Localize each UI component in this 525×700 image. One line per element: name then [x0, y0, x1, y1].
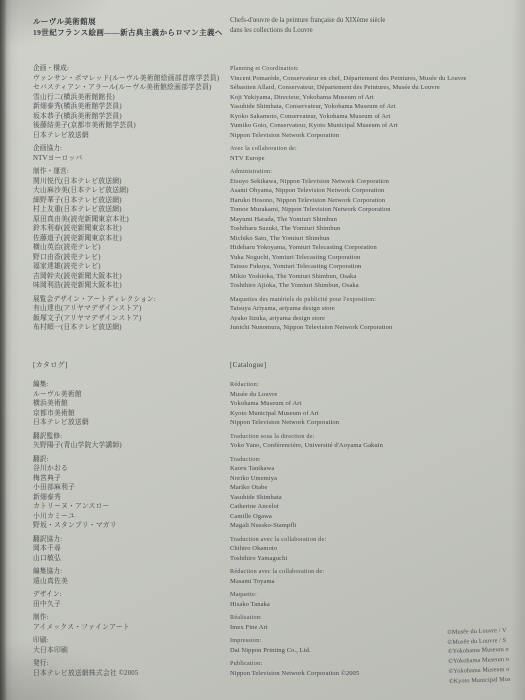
credit-line: 新畑泰秀(横浜美術館学芸員)	[33, 102, 230, 112]
section-label-ja: 制作・運営:	[33, 167, 230, 177]
credit-line: 吉岡幹夫(読売新聞大阪本社)	[33, 272, 230, 282]
credit-line: 京都市美術館	[33, 409, 230, 419]
credit-line: 遠山真佐美	[33, 577, 230, 587]
section-label-fr: Réalisation:	[230, 613, 525, 623]
credit-line: 野坂・スタンプリ・マガリ	[33, 521, 230, 531]
section-translation: 翻訳:谷川かおる梅宮典子小田部麻利子新畑泰秀カトリーヌ・アンスロー小川カミーユ野…	[33, 455, 525, 531]
section-graphic-design: デザイン:田中久子 Maquette:Hisako Tanaka	[33, 590, 525, 609]
credit-line: 梅宮典子	[33, 474, 230, 484]
section-label-ja: 発行:	[33, 659, 230, 669]
section-label-ja: 印刷:	[33, 636, 230, 646]
section-label-fr: Planning et Coordination:	[230, 64, 525, 74]
credit-line: Mayumi Harada, The Yomiuri Shimbun	[230, 215, 525, 225]
credit-line: 横山英治(読売テレビ)	[33, 243, 230, 253]
credit-line: 日本テレビ放送網	[33, 131, 230, 141]
credit-line: Mikio Yoshioka, The Yomiuri Shimbun, Osa…	[230, 272, 525, 282]
section-label-fr: Traduction:	[230, 455, 525, 465]
credit-line: Michiko Sato, The Yomiuri Shimbun	[230, 234, 525, 244]
credit-line: Kyoko Sakamoto, Conservateur, Yokohama M…	[230, 112, 525, 122]
credit-line: Musée du Louvre	[230, 390, 525, 400]
credit-line: Toshihiro Yamaguchi	[230, 554, 525, 564]
credit-line: Catherine Ancelot	[230, 502, 525, 512]
credit-line: Vincent Pomarède, Conservateur en chef, …	[230, 74, 525, 84]
section-label-ja: デザイン:	[33, 590, 230, 600]
credit-list-ja: ヴァンサン・ポマレッド(ルーヴル美術館絵画部首席学芸員)セバスティアン・アラール…	[33, 74, 230, 141]
credit-line: Yasuhide Shimbata	[230, 493, 525, 503]
credit-line: Yoko Yano, Conférencière, Université d'A…	[230, 441, 525, 451]
credit-line: ヴァンサン・ポマレッド(ルーヴル美術館絵画部首席学芸員)	[33, 74, 230, 84]
section-label-fr: Avec la collaboration de:	[230, 144, 525, 154]
credit-line: 大山麻沙美(日本テレビ放送網)	[33, 186, 230, 196]
credit-line: ルーヴル美術館	[33, 390, 230, 400]
credit-line: Nippon Television Network Corporation	[230, 131, 525, 141]
credit-line: Yasuhide Shimbata, Conservateur, Yokoham…	[230, 102, 525, 112]
credit-line: NTV Europe	[230, 154, 525, 164]
credit-line: 横浜美術館	[33, 399, 230, 409]
credit-line: 山口敏弘	[33, 554, 230, 564]
credit-line: 細野華子(日本テレビ放送網)	[33, 196, 230, 206]
credit-line: Tatsuo Fukuya, Yomiuri Telecasting Corpo…	[230, 262, 525, 272]
credit-list-ja: 矢野陽子(青山学院大学講師)	[33, 441, 230, 451]
credit-line: 原田真由美(読売新聞東京本社)	[33, 215, 230, 225]
credit-list-ja: 岡本千尋山口敏弘	[33, 544, 230, 563]
section-translation-cooperation: 翻訳協力:岡本千尋山口敏弘 Traduction avec la collabo…	[33, 535, 525, 564]
credit-line: 鈴木利春(読売新聞東京本社)	[33, 224, 230, 234]
credit-line: 大日本印刷	[33, 646, 230, 656]
exhibition-title-fr: Chefs-d'œuvre de la peinture française d…	[230, 16, 525, 38]
credit-line: Mariko Otabe	[230, 483, 525, 493]
section-planning: 企画・構成:ヴァンサン・ポマレッド(ルーヴル美術館絵画部首席学芸員)セバスティア…	[33, 64, 525, 140]
catalogue-heading-fr: [Catalogue]	[230, 361, 525, 371]
credit-line: Masami Toyama	[230, 577, 525, 587]
credit-line: 福家達雄(読売テレビ)	[33, 262, 230, 272]
catalogue-divider: [カタログ] [Catalogue]	[33, 361, 525, 371]
credit-line: 小川カミーユ	[33, 512, 230, 522]
credit-line: 日本テレビ放送網株式会社 ©2005	[33, 669, 230, 679]
credit-line: 雪山行二(横浜美術館館長)	[33, 93, 230, 103]
credit-list-ja: 大日本印刷	[33, 646, 230, 656]
exhibition-title-fr-line2: dans les collections du Louvre	[230, 26, 525, 36]
section-administration: 制作・運営:関川悦代(日本テレビ放送網)大山麻沙美(日本テレビ放送網)細野華子(…	[33, 167, 525, 291]
section-label-ja: 展覧会デザイン・アートディレクション:	[33, 295, 230, 305]
credit-line: 飯塚文子(アリヤマデザインストア)	[33, 314, 230, 324]
credit-line: アイメックス・ファインアート	[33, 623, 230, 633]
credit-line: Chihiro Okamoto	[230, 544, 525, 554]
section-label-ja: 翻訳協力:	[33, 535, 230, 545]
catalog-colophon-page: ルーヴル美術館展 19世紀フランス絵画――新古典主義からロマン主義へ Chefs…	[0, 0, 525, 700]
credit-line: 田中久子	[33, 600, 230, 610]
credit-line: カトリーヌ・アンスロー	[33, 502, 230, 512]
credit-line: 矢野陽子(青山学院大学講師)	[33, 441, 230, 451]
credit-list-fr: Hisako Tanaka	[230, 600, 525, 610]
credit-line: 小田部麻利子	[33, 483, 230, 493]
credit-line: Junichi Nunomura, Nippon Television Netw…	[230, 323, 525, 333]
credit-line: 谷川かおる	[33, 464, 230, 474]
section-label-ja: 企画協力:	[33, 144, 230, 154]
credit-line: Koji Yukiyama, Directeur, Yokohama Museu…	[230, 93, 525, 103]
credit-line: Haruko Hosono, Nippon Television Network…	[230, 196, 525, 206]
credit-line: Hideharu Yokoyama, Yomiuri Telecasting C…	[230, 243, 525, 253]
exhibition-title-ja-line2: 19世紀フランス絵画――新古典主義からロマン主義へ	[33, 27, 230, 38]
section-label-ja: 編集協力:	[33, 567, 230, 577]
credit-line: Sébastien Allard, Conservateur, Départem…	[230, 83, 525, 93]
credit-line: Magali Nussko-Stampfli	[230, 521, 525, 531]
section-label-ja: 編集:	[33, 380, 230, 390]
exhibition-title-ja: ルーヴル美術館展 19世紀フランス絵画――新古典主義からロマン主義へ	[33, 16, 230, 38]
credit-line: Kyoto Municipal Museum of Art	[230, 409, 525, 419]
credit-line: 坂本恭子(横浜美術館学芸員)	[33, 112, 230, 122]
credit-line: Toshiharu Suzuki, The Yomiuri Shimbun	[230, 224, 525, 234]
credit-line: 後藤結美子(京都市美術館学芸員)	[33, 121, 230, 131]
photo-credits-block: ©Musée du Louvre / V©Musée du Louvre / S…	[447, 623, 525, 686]
credit-line: 味岡利浩(読売新聞大阪本社)	[33, 281, 230, 291]
catalogue-heading-ja: [カタログ]	[33, 361, 230, 371]
section-editorial-cooperation: 編集協力:遠山真佐美 Rédaction avec la collaborati…	[33, 567, 525, 586]
credit-line: 関川悦代(日本テレビ放送網)	[33, 177, 230, 187]
section-label-ja: 翻訳監修:	[33, 432, 230, 442]
credit-line: Noriko Umemiya	[230, 474, 525, 484]
section-label-ja: 制作:	[33, 613, 230, 623]
credit-line: Etsuyo Sekikawa, Nippon Television Netwo…	[230, 177, 525, 187]
section-label-fr: Maquette:	[230, 590, 525, 600]
section-label-fr: Rédaction avec la collaboration de:	[230, 567, 525, 577]
credit-list-fr: Yoko Yano, Conférencière, Université d'A…	[230, 441, 525, 451]
credit-list-fr: Tatsuya Ariyama, ariyama design storeAya…	[230, 304, 525, 333]
credit-line: 野口由香(読売テレビ)	[33, 253, 230, 263]
section-label-ja: 企画・構成:	[33, 64, 230, 74]
section-label-ja: 翻訳:	[33, 455, 230, 465]
credit-line: Tomoe Murakami, Nippon Television Networ…	[230, 205, 525, 215]
credit-list-ja: 田中久子	[33, 600, 230, 610]
credit-line: 日本テレビ放送網	[33, 418, 230, 428]
credit-line: 有山達也(アリヤマデザインストア)	[33, 304, 230, 314]
credit-line: Tatsuya Ariyama, ariyama design store	[230, 304, 525, 314]
credit-list-ja: 有山達也(アリヤマデザインストア)飯塚文子(アリヤマデザインストア)布村順一(日…	[33, 304, 230, 333]
credit-list-ja: 日本テレビ放送網株式会社 ©2005	[33, 669, 230, 679]
credit-list-fr: Kaoru TanikawaNoriko UmemiyaMariko Otabe…	[230, 464, 525, 531]
section-exhibition-design: 展覧会デザイン・アートディレクション:有山達也(アリヤマデザインストア)飯塚文子…	[33, 295, 525, 333]
credit-line: セバスティアン・アラール(ルーヴル美術館絵画部学芸員)	[33, 83, 230, 93]
section-label-fr: Maquettes des matériels de publicité pou…	[230, 295, 525, 305]
credit-line: Yumiko Goto, Conservateur, Kyoto Municip…	[230, 121, 525, 131]
credit-line: NTVヨーロッパ	[33, 154, 230, 164]
exhibition-title-fr-line1: Chefs-d'œuvre de la peinture française d…	[230, 16, 525, 26]
credit-list-fr: Masami Toyama	[230, 577, 525, 587]
credit-line: 新畑泰秀	[33, 493, 230, 503]
credit-list-fr: Vincent Pomarède, Conservateur en chef, …	[230, 74, 525, 141]
credit-list-fr: Chihiro OkamotoToshihiro Yamaguchi	[230, 544, 525, 563]
credit-line: 岡本千尋	[33, 544, 230, 554]
section-collaboration: 企画協力:NTVヨーロッパ Avec la collaboration de:N…	[33, 144, 525, 163]
credit-list-fr: NTV Europe	[230, 154, 525, 164]
credit-line: Asami Ohyama, Nippon Television Network …	[230, 186, 525, 196]
exhibition-title-ja-line1: ルーヴル美術館展	[33, 16, 230, 27]
credit-list-ja: 関川悦代(日本テレビ放送網)大山麻沙美(日本テレビ放送網)細野華子(日本テレビ放…	[33, 177, 230, 291]
credit-line: Kaoru Tanikawa	[230, 464, 525, 474]
credit-line: Toshihiro Ajioka, The Yomiuri Shimbun, O…	[230, 281, 525, 291]
page-header: ルーヴル美術館展 19世紀フランス絵画――新古典主義からロマン主義へ Chefs…	[33, 16, 525, 38]
section-label-fr: Administration:	[230, 167, 525, 177]
section-label-fr: Rédaction:	[230, 380, 525, 390]
credit-list-fr: Etsuyo Sekikawa, Nippon Television Netwo…	[230, 177, 525, 291]
credit-line: Yokohama Museum of Art	[230, 399, 525, 409]
credit-line: Ayako Iizuka, ariyama design store	[230, 314, 525, 324]
credit-line: Nippon Television Network Corporation	[230, 418, 525, 428]
credit-line: 村上友重(日本テレビ放送網)	[33, 205, 230, 215]
colophon-content: ルーヴル美術館展 19世紀フランス絵画――新古典主義からロマン主義へ Chefs…	[33, 16, 525, 682]
credit-list-ja: 遠山真佐美	[33, 577, 230, 587]
credit-line: Camille Ogawa	[230, 512, 525, 522]
section-translation-supervision: 翻訳監修:矢野陽子(青山学院大学講師) Traduction sous la d…	[33, 432, 525, 451]
section-label-fr: Traduction avec la collaboration de:	[230, 535, 525, 545]
credit-list-fr: Musée du LouvreYokohama Museum of ArtKyo…	[230, 390, 525, 428]
credit-list-ja: アイメックス・ファインアート	[33, 623, 230, 633]
credit-list-ja: NTVヨーロッパ	[33, 154, 230, 164]
credit-list-ja: ルーヴル美術館横浜美術館京都市美術館日本テレビ放送網	[33, 390, 230, 428]
credit-line: 布村順一(日本テレビ放送網)	[33, 323, 230, 333]
credit-line: 佐藤道子(読売新聞東京本社)	[33, 234, 230, 244]
credit-line: Yuka Noguchi, Yomiuri Telecasting Corpor…	[230, 253, 525, 263]
credit-line: Hisako Tanaka	[230, 600, 525, 610]
section-label-fr: Traduction sous la direction de:	[230, 432, 525, 442]
section-redaction: 編集:ルーヴル美術館横浜美術館京都市美術館日本テレビ放送網 Rédaction:…	[33, 380, 525, 428]
credit-list-ja: 谷川かおる梅宮典子小田部麻利子新畑泰秀カトリーヌ・アンスロー小川カミーユ野坂・ス…	[33, 464, 230, 531]
